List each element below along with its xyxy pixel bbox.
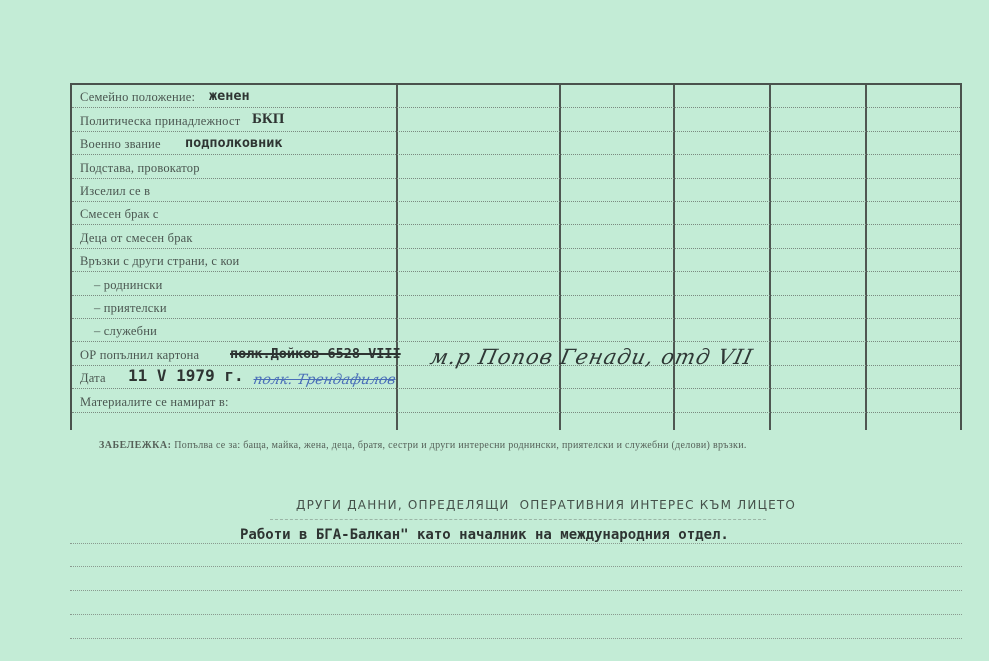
row-political-affiliation: Политическа принадлежност БКП (72, 108, 960, 131)
row-friends: – приятелски (72, 296, 960, 319)
footnote-text: Попълва се за: баща, майка, жена, деца, … (174, 440, 746, 451)
dotted-line (70, 543, 962, 544)
dotted-line (70, 614, 962, 615)
other-data-heading-part1: ДРУГИ ДАННИ, ОПРЕДЕЛЯЩИ (296, 498, 510, 512)
footnote-label: ЗАБЕЛЕЖКА: (99, 440, 171, 451)
filled-by-typed-value: полк.Дойков 6528-VIII (230, 346, 401, 362)
other-data-text: Работи в БГА-Балкан" като началник на ме… (240, 527, 729, 543)
row-military-rank: Военно звание подполковник (72, 132, 960, 155)
marital-status-value: женен (209, 88, 250, 104)
row-informant: Подстава, провокатор (72, 155, 960, 178)
mixed-marriage-children-label: Деца от смесен брак (80, 231, 193, 246)
date-handwritten-note: полк. Трендафилов (252, 372, 397, 388)
official-label: – служебни (94, 324, 157, 339)
date-value: 11 V 1979 г. (128, 366, 244, 385)
materials-location-label: Материалите се намират в: (80, 395, 229, 410)
foreign-contacts-label: Връзки с други страни, с кои (80, 254, 239, 269)
divider-line (270, 519, 766, 520)
footnote: ЗАБЕЛЕЖКА: Попълва се за: баща, майка, ж… (99, 440, 747, 451)
date-label: Дата (80, 371, 106, 386)
informant-label: Подстава, провокатор (80, 161, 200, 176)
friends-label: – приятелски (94, 301, 167, 316)
row-filled-by: ОР попълнил картона полк.Дойков 6528-VII… (72, 342, 960, 365)
row-mixed-marriage: Смесен брак с (72, 202, 960, 225)
row-marital-status: Семейно положение: женен (72, 85, 960, 108)
row-relatives: – роднински (72, 272, 960, 295)
relatives-label: – роднински (94, 278, 162, 293)
row-official: – служебни (72, 319, 960, 342)
dotted-line (70, 566, 962, 567)
row-foreign-contacts: Връзки с други страни, с кои (72, 249, 960, 272)
political-affiliation-value: БКП (252, 111, 284, 128)
row-date: Дата 11 V 1979 г. полк. Трендафилов (72, 366, 960, 389)
emigrated-label: Изселил се в (80, 184, 150, 199)
other-data-heading-part2: ОПЕРАТИВНИЯ ИНТЕРЕС КЪМ ЛИЦЕТО (520, 498, 796, 512)
political-affiliation-label: Политическа принадлежност (80, 114, 240, 129)
row-emigrated: Изселил се в (72, 179, 960, 202)
personal-data-table: Семейно положение: женен Политическа при… (70, 83, 962, 430)
mixed-marriage-label: Смесен брак с (80, 207, 159, 222)
marital-status-label: Семейно положение: (80, 90, 195, 105)
filled-by-label: ОР попълнил картона (80, 348, 199, 363)
other-data-heading: ДРУГИ ДАННИ, ОПРЕДЕЛЯЩИОПЕРАТИВНИЯ ИНТЕР… (296, 498, 796, 512)
dotted-line (70, 638, 962, 639)
military-rank-label: Военно звание (80, 137, 161, 152)
row-mixed-marriage-children: Деца от смесен брак (72, 225, 960, 248)
dotted-line (70, 590, 962, 591)
row-materials-location: Материалите се намират в: (72, 389, 960, 412)
military-rank-value: подполковник (185, 135, 283, 151)
